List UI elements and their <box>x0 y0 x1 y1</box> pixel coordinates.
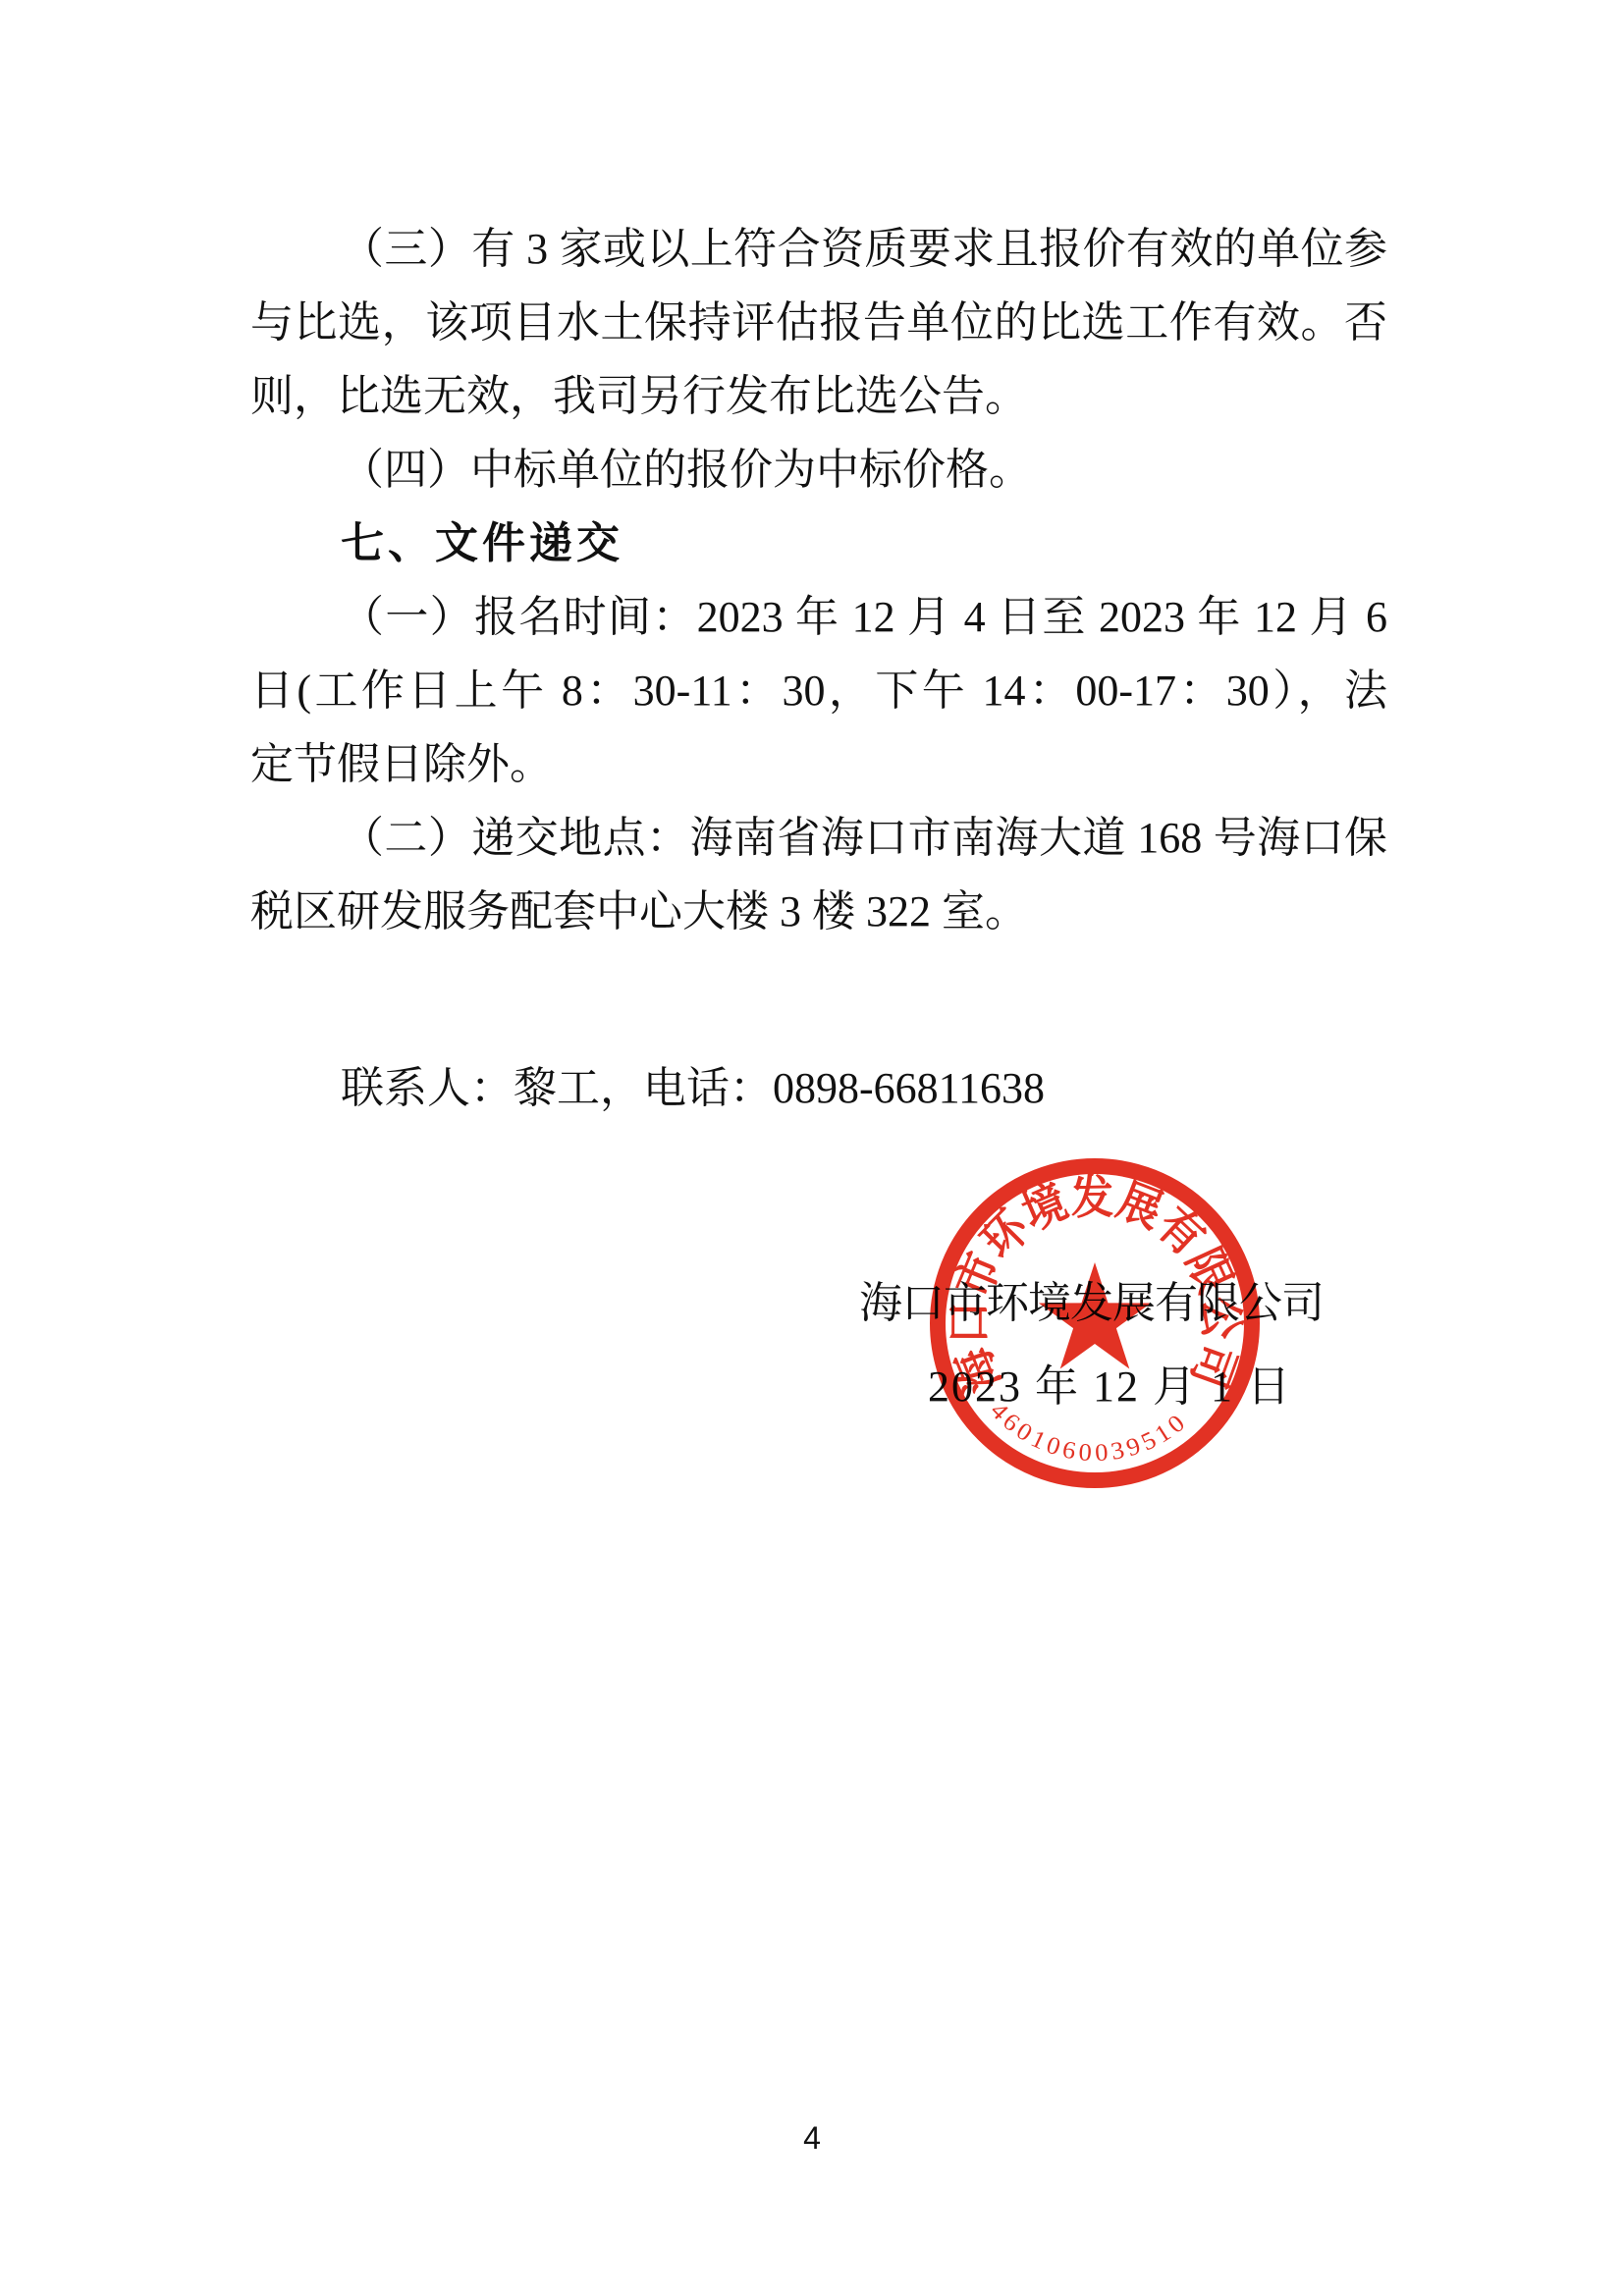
company-seal: 海口市环境发展有限公司 4601060039510 <box>898 1127 1291 1520</box>
body-line-sub1-3: 定节假日除外。 <box>250 727 1387 801</box>
body-line-sub2-1: （二）递交地点：海南省海口市南海大道 168 号海口保 <box>250 801 1387 875</box>
section-heading: 七、文件递交 <box>250 507 1387 580</box>
body-line-sub2-2: 税区研发服务配套中心大楼 3 楼 322 室。 <box>250 875 1387 948</box>
document-text-block: （三）有 3 家或以上符合资质要求且报价有效的单位参 与比选，该项目水土保持评估… <box>250 212 1387 1125</box>
body-line-sub1-2: 日(工作日上午 8：30-11：30，下午 14：00-17：30），法 <box>250 654 1387 727</box>
body-line-sub1-1: （一）报名时间：2023 年 12 月 4 日至 2023 年 12 月 6 <box>250 580 1387 654</box>
contact-line: 联系人：黎工，电话：0898-66811638 <box>250 1051 1387 1125</box>
document-page: （三）有 3 家或以上符合资质要求且报价有效的单位参 与比选，该项目水土保持评估… <box>0 0 1624 2296</box>
blank-line <box>250 948 1387 1051</box>
page-number: 4 <box>0 2120 1624 2157</box>
body-line-3-3: 则，比选无效，我司另行发布比选公告。 <box>250 359 1387 433</box>
body-line-4: （四）中标单位的报价为中标价格。 <box>250 433 1387 507</box>
seal-star-icon <box>1039 1262 1151 1369</box>
body-line-3-1: （三）有 3 家或以上符合资质要求且报价有效的单位参 <box>250 212 1387 286</box>
body-line-3-2: 与比选，该项目水土保持评估报告单位的比选工作有效。否 <box>250 286 1387 359</box>
